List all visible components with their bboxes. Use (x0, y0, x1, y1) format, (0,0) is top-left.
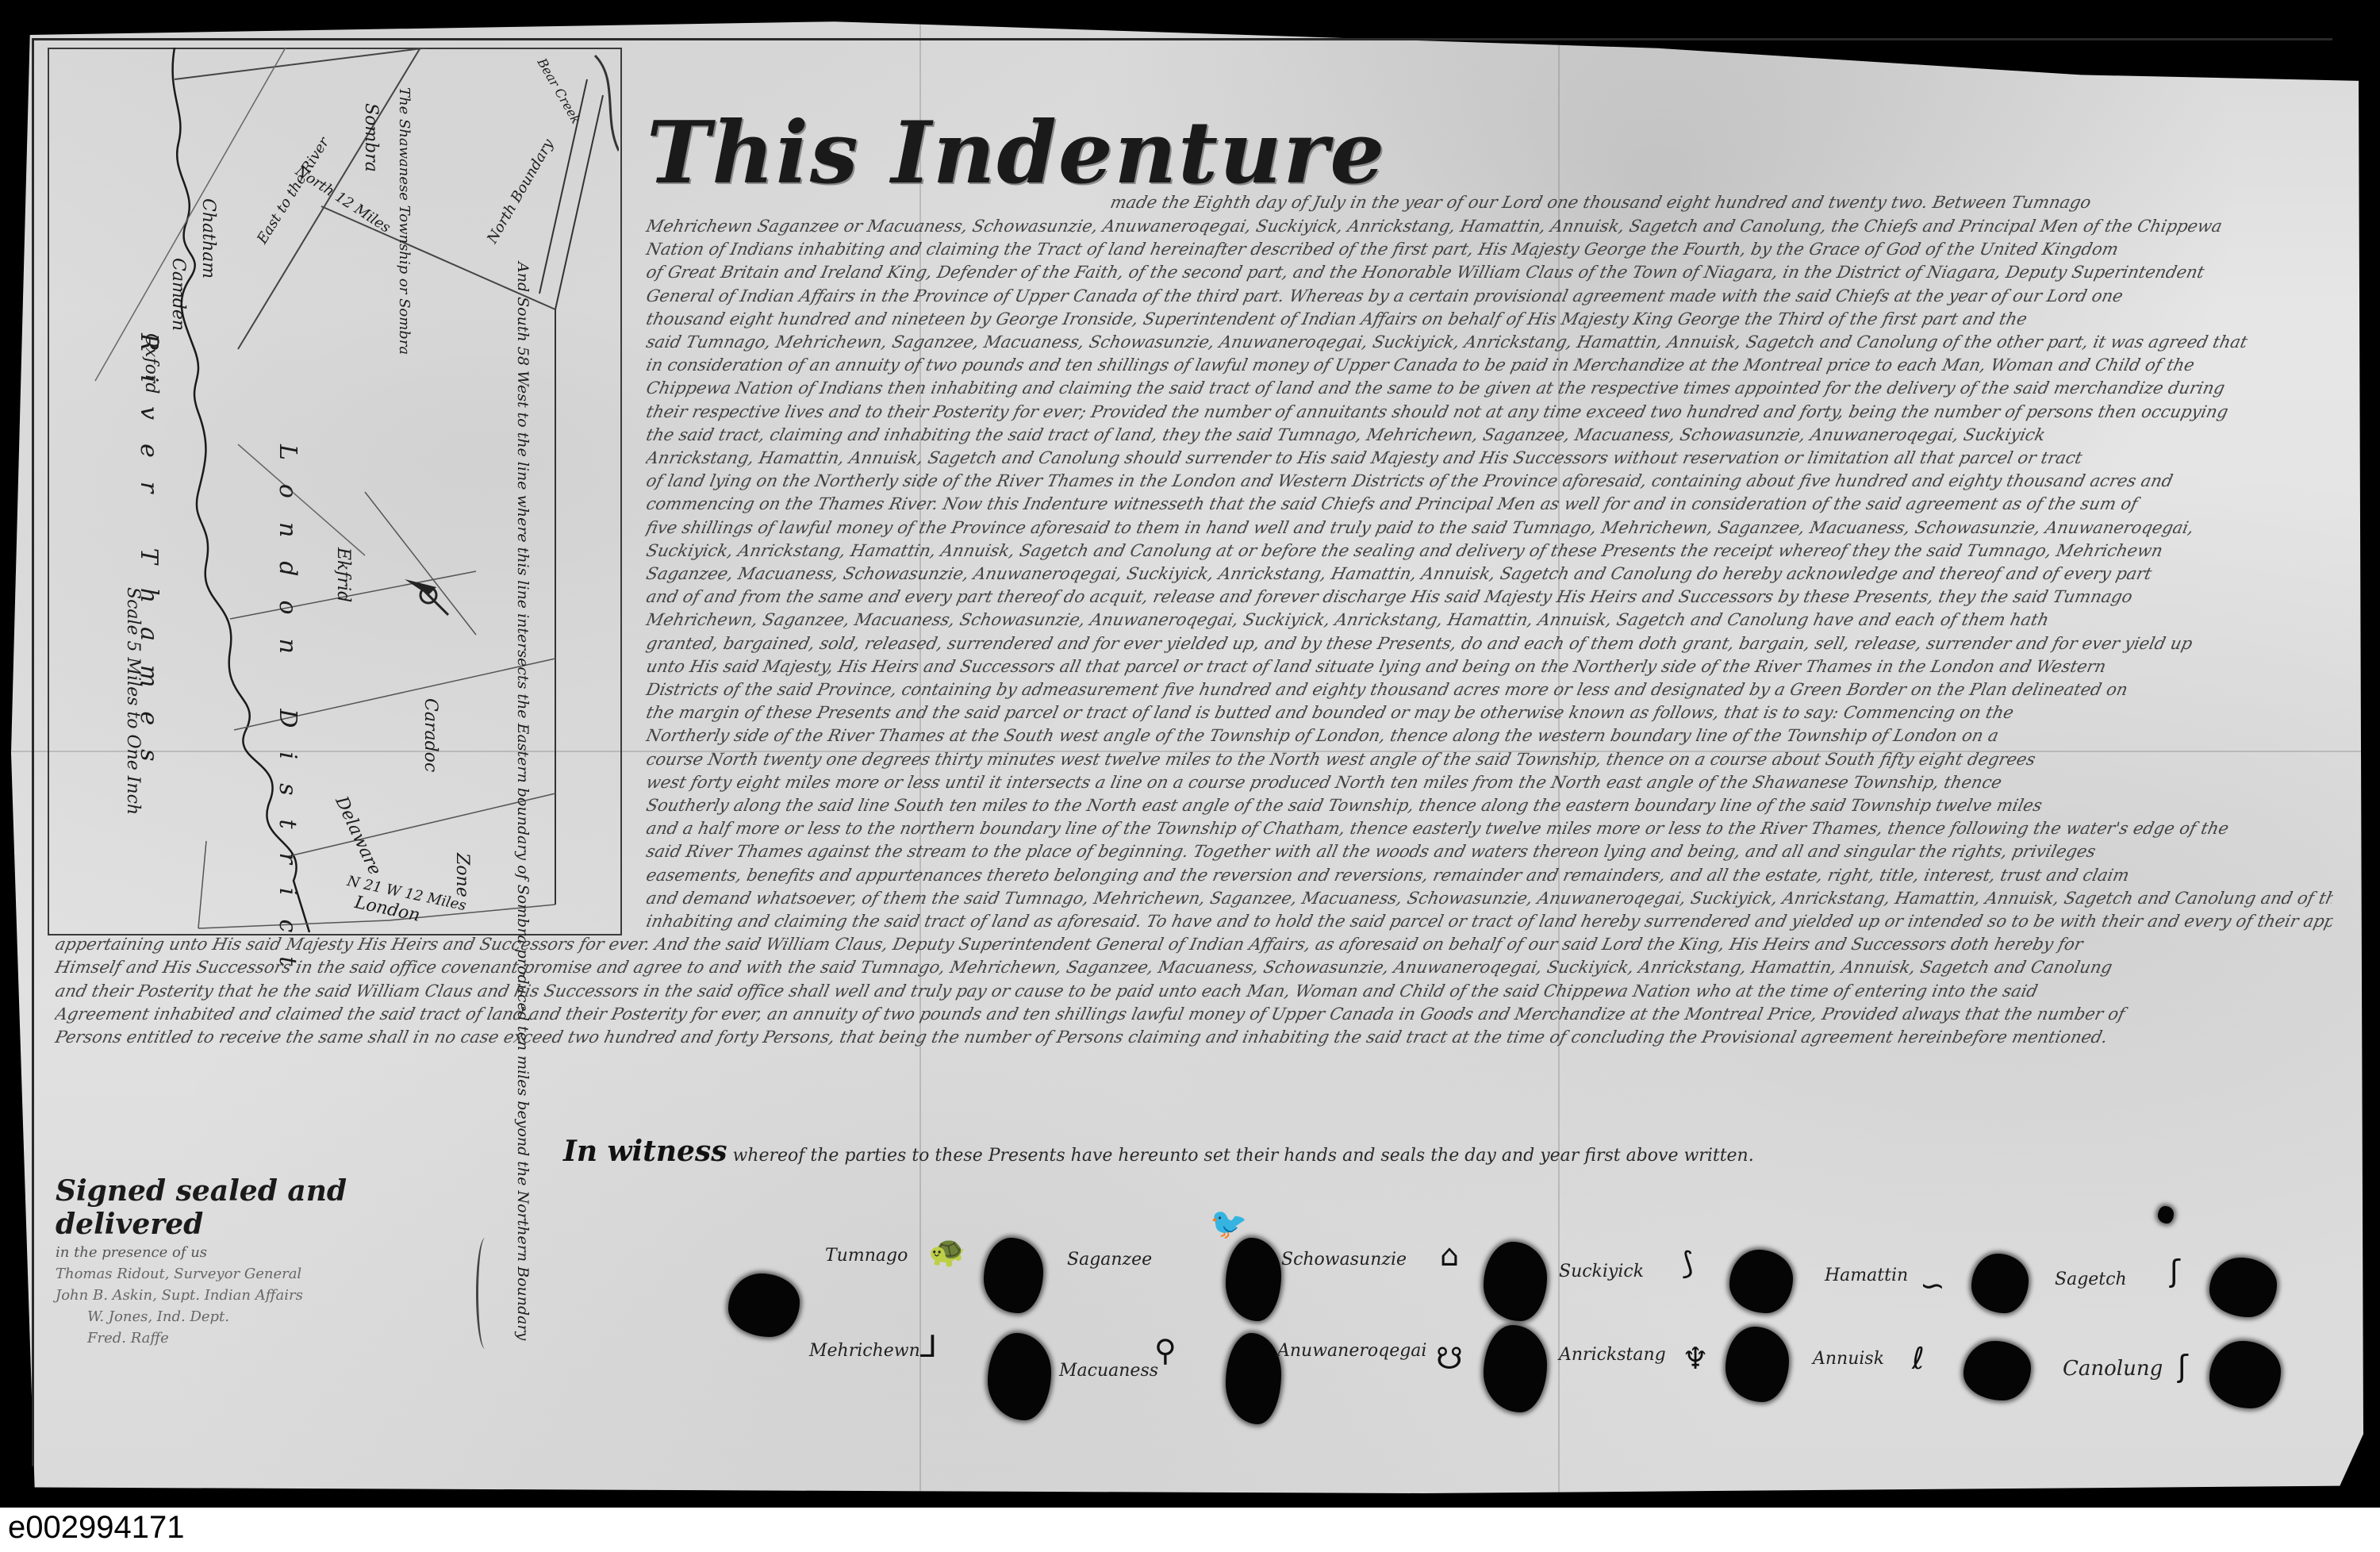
map-label-caradoc: Caradoc (420, 698, 440, 772)
indenture-line: General of Indian Affairs in the Provinc… (644, 286, 2334, 305)
indenture-line: Mehrichewn, Saganzee, Macuaness, Schowas… (644, 610, 2334, 629)
indenture-line: Agreement inhabited and claimed the said… (53, 1005, 2334, 1024)
map-label-zone: Zone (452, 853, 472, 897)
witness-name: W. Jones, Ind. Dept. (87, 1308, 500, 1325)
ink-blot (2158, 1206, 2174, 1224)
indenture-line: Saganzee, Macuaness, Schowasunzie, Anuwa… (644, 564, 2334, 583)
top-border-rule (32, 38, 2332, 40)
indenture-line: west forty eight miles more or less unti… (644, 773, 2334, 792)
witness-brace (476, 1238, 494, 1349)
witness-heading: Signed sealed and delivered (56, 1174, 500, 1241)
wax-seal (1226, 1333, 1281, 1424)
indenture-line: thousand eight hundred and nineteen by G… (644, 309, 2334, 328)
indenture-line: Himself and His Successors in the said o… (53, 958, 2334, 977)
fish-totem-icon: ⟆ (1682, 1246, 1694, 1281)
indenture-line: Districts of the said Province, containi… (644, 680, 2334, 699)
indenture-line: and their Posterity that he the said Wil… (53, 982, 2334, 1001)
totem-mark-icon: ⅃ (920, 1329, 937, 1364)
left-border-rule (32, 38, 34, 1466)
wax-seal (1484, 1242, 1547, 1321)
turtle-totem-icon: 🐢 (928, 1234, 965, 1270)
archive-id: e002994171 (8, 1510, 184, 1546)
map-label-scale: Scale 5 Miles to One Inch (123, 587, 143, 815)
map-label-chatham: Chatham (198, 198, 218, 279)
map-label-shawanese: The Shawanese Township or Sombra (396, 87, 413, 355)
indenture-line: their respective lives and to their Post… (644, 402, 2334, 421)
indenture-line: Suckiyick, Anrickstang, Hamattin, Annuis… (644, 541, 2334, 560)
wax-seal (1971, 1254, 2029, 1313)
witness-name: John B. Askin, Supt. Indian Affairs (56, 1287, 500, 1304)
map-label-dawn: Sombra (361, 103, 381, 172)
wax-seal (1729, 1250, 1793, 1313)
signatory-name: Suckiyick (1559, 1262, 1644, 1281)
indenture-line: the said tract, claiming and inhabiting … (644, 425, 2334, 444)
indenture-line: appertaining unto His said Majesty His H… (53, 935, 2334, 954)
wax-seal (2209, 1258, 2277, 1317)
signatory-name: Saganzee (1067, 1250, 1152, 1270)
animal-totem-icon: ⚲ (1154, 1333, 1177, 1368)
indenture-line: the margin of these Presents and the sai… (644, 703, 2334, 722)
signatory-name: Mehrichewn (809, 1341, 920, 1361)
indenture-line: five shillings of lawful money of the Pr… (644, 518, 2334, 537)
indenture-line: course North twenty one degrees thirty m… (644, 750, 2334, 769)
indenture-line: of land lying on the Northerly side of t… (644, 471, 2334, 490)
indenture-line: commencing on the Thames River. Now this… (644, 494, 2334, 513)
indenture-line: and demand whatsoever, of them the said … (644, 889, 2334, 908)
indenture-line: Northerly side of the River Thames at th… (644, 726, 2334, 745)
wax-seal (2209, 1341, 2281, 1408)
in-witness-heading: In witness (563, 1135, 727, 1168)
wax-seal (988, 1333, 1051, 1420)
indenture-line: of Great Britain and Ireland King, Defen… (644, 263, 2334, 282)
witness-name: Thomas Ridout, Surveyor General (56, 1266, 500, 1282)
totem-mark-icon: ⌂ (1440, 1238, 1459, 1273)
indenture-line: easements, benefits and appurtenances th… (644, 866, 2334, 885)
wax-seal (728, 1273, 800, 1337)
opening-line: made the Eighth day of July in the year … (1108, 193, 2350, 212)
signatory-name: Tumnago (825, 1246, 908, 1266)
indenture-line: and a half more or less to the northern … (644, 819, 2334, 838)
signatory-name: Hamattin (1825, 1266, 1908, 1285)
in-witness-clause: In witness whereof the parties to these … (563, 1135, 1754, 1168)
bird-totem-icon: 🐦 (1210, 1206, 1247, 1242)
signatory-name: Macuaness (1059, 1361, 1158, 1381)
animal-totem-icon: ∽ (1920, 1268, 1945, 1303)
indenture-line: granted, bargained, sold, released, surr… (644, 634, 2334, 653)
wax-seal (1484, 1325, 1547, 1412)
totem-mark-icon: ♆ (1682, 1341, 1709, 1376)
indenture-line: Nation of Indians inhabiting and claimin… (644, 240, 2334, 259)
map-label-camden: Camden (168, 258, 188, 331)
totem-mark-icon: ʃ (2178, 1349, 2188, 1384)
in-witness-text: whereof the parties to these Presents ha… (732, 1146, 1753, 1166)
signatory-name: Sagetch (2055, 1270, 2127, 1289)
indenture-line: said River Thames against the stream to … (644, 842, 2334, 861)
compass-rose-icon (405, 579, 448, 615)
indenture-line: Mehrichewn Saganzee or Macuaness, Schowa… (644, 217, 2334, 236)
document-title: This Indenture (647, 103, 1386, 203)
signatory-name: Anuwaneroqegai (1277, 1341, 1426, 1361)
signatory-name: Canolung (2063, 1357, 2163, 1381)
totem-mark-icon: ʃ (2170, 1254, 2180, 1289)
totem-mark-icon: ℓ (1912, 1341, 1925, 1376)
indenture-line: and of and from the same and every part … (644, 587, 2334, 606)
wax-seal (984, 1238, 1043, 1313)
map-label-western-district: London District (274, 444, 301, 989)
indenture-line: Persons entitled to receive the same sha… (53, 1028, 2334, 1047)
signatory-name: Schowasunzie (1281, 1250, 1407, 1270)
indenture-line: in consideration of an annuity of two po… (644, 355, 2334, 375)
wax-seal (1963, 1341, 2031, 1400)
witness-block: Signed sealed and delivered in the prese… (56, 1174, 500, 1346)
signatory-name: Anrickstang (1559, 1345, 1666, 1365)
map-label-boundary-note: And South 58 West to the line where this… (514, 262, 532, 1340)
indenture-line: Anrickstang, Hamattin, Annuisk, Sagetch … (644, 448, 2334, 467)
signatory-name: Annuisk (1813, 1349, 1884, 1369)
witness-name: Fred. Raffe (87, 1330, 500, 1346)
totem-mark-icon: ☋ (1436, 1341, 1463, 1376)
wax-seal (1226, 1238, 1281, 1321)
indenture-line: unto His said Majesty, His Heirs and Suc… (644, 657, 2334, 676)
indenture-line: Southerly along the said line South ten … (644, 796, 2334, 815)
indenture-line: said Tumnago, Mehrichewn, Saganzee, Macu… (644, 332, 2334, 352)
indenture-line: Chippewa Nation of Indians then inhabiti… (644, 378, 2334, 398)
witness-sub: in the presence of us (56, 1244, 500, 1261)
map-label-ekfrid: Ekfrid (333, 547, 353, 602)
wax-seal (1725, 1327, 1789, 1402)
indenture-line: inhabiting and claiming the said tract o… (644, 912, 2334, 931)
